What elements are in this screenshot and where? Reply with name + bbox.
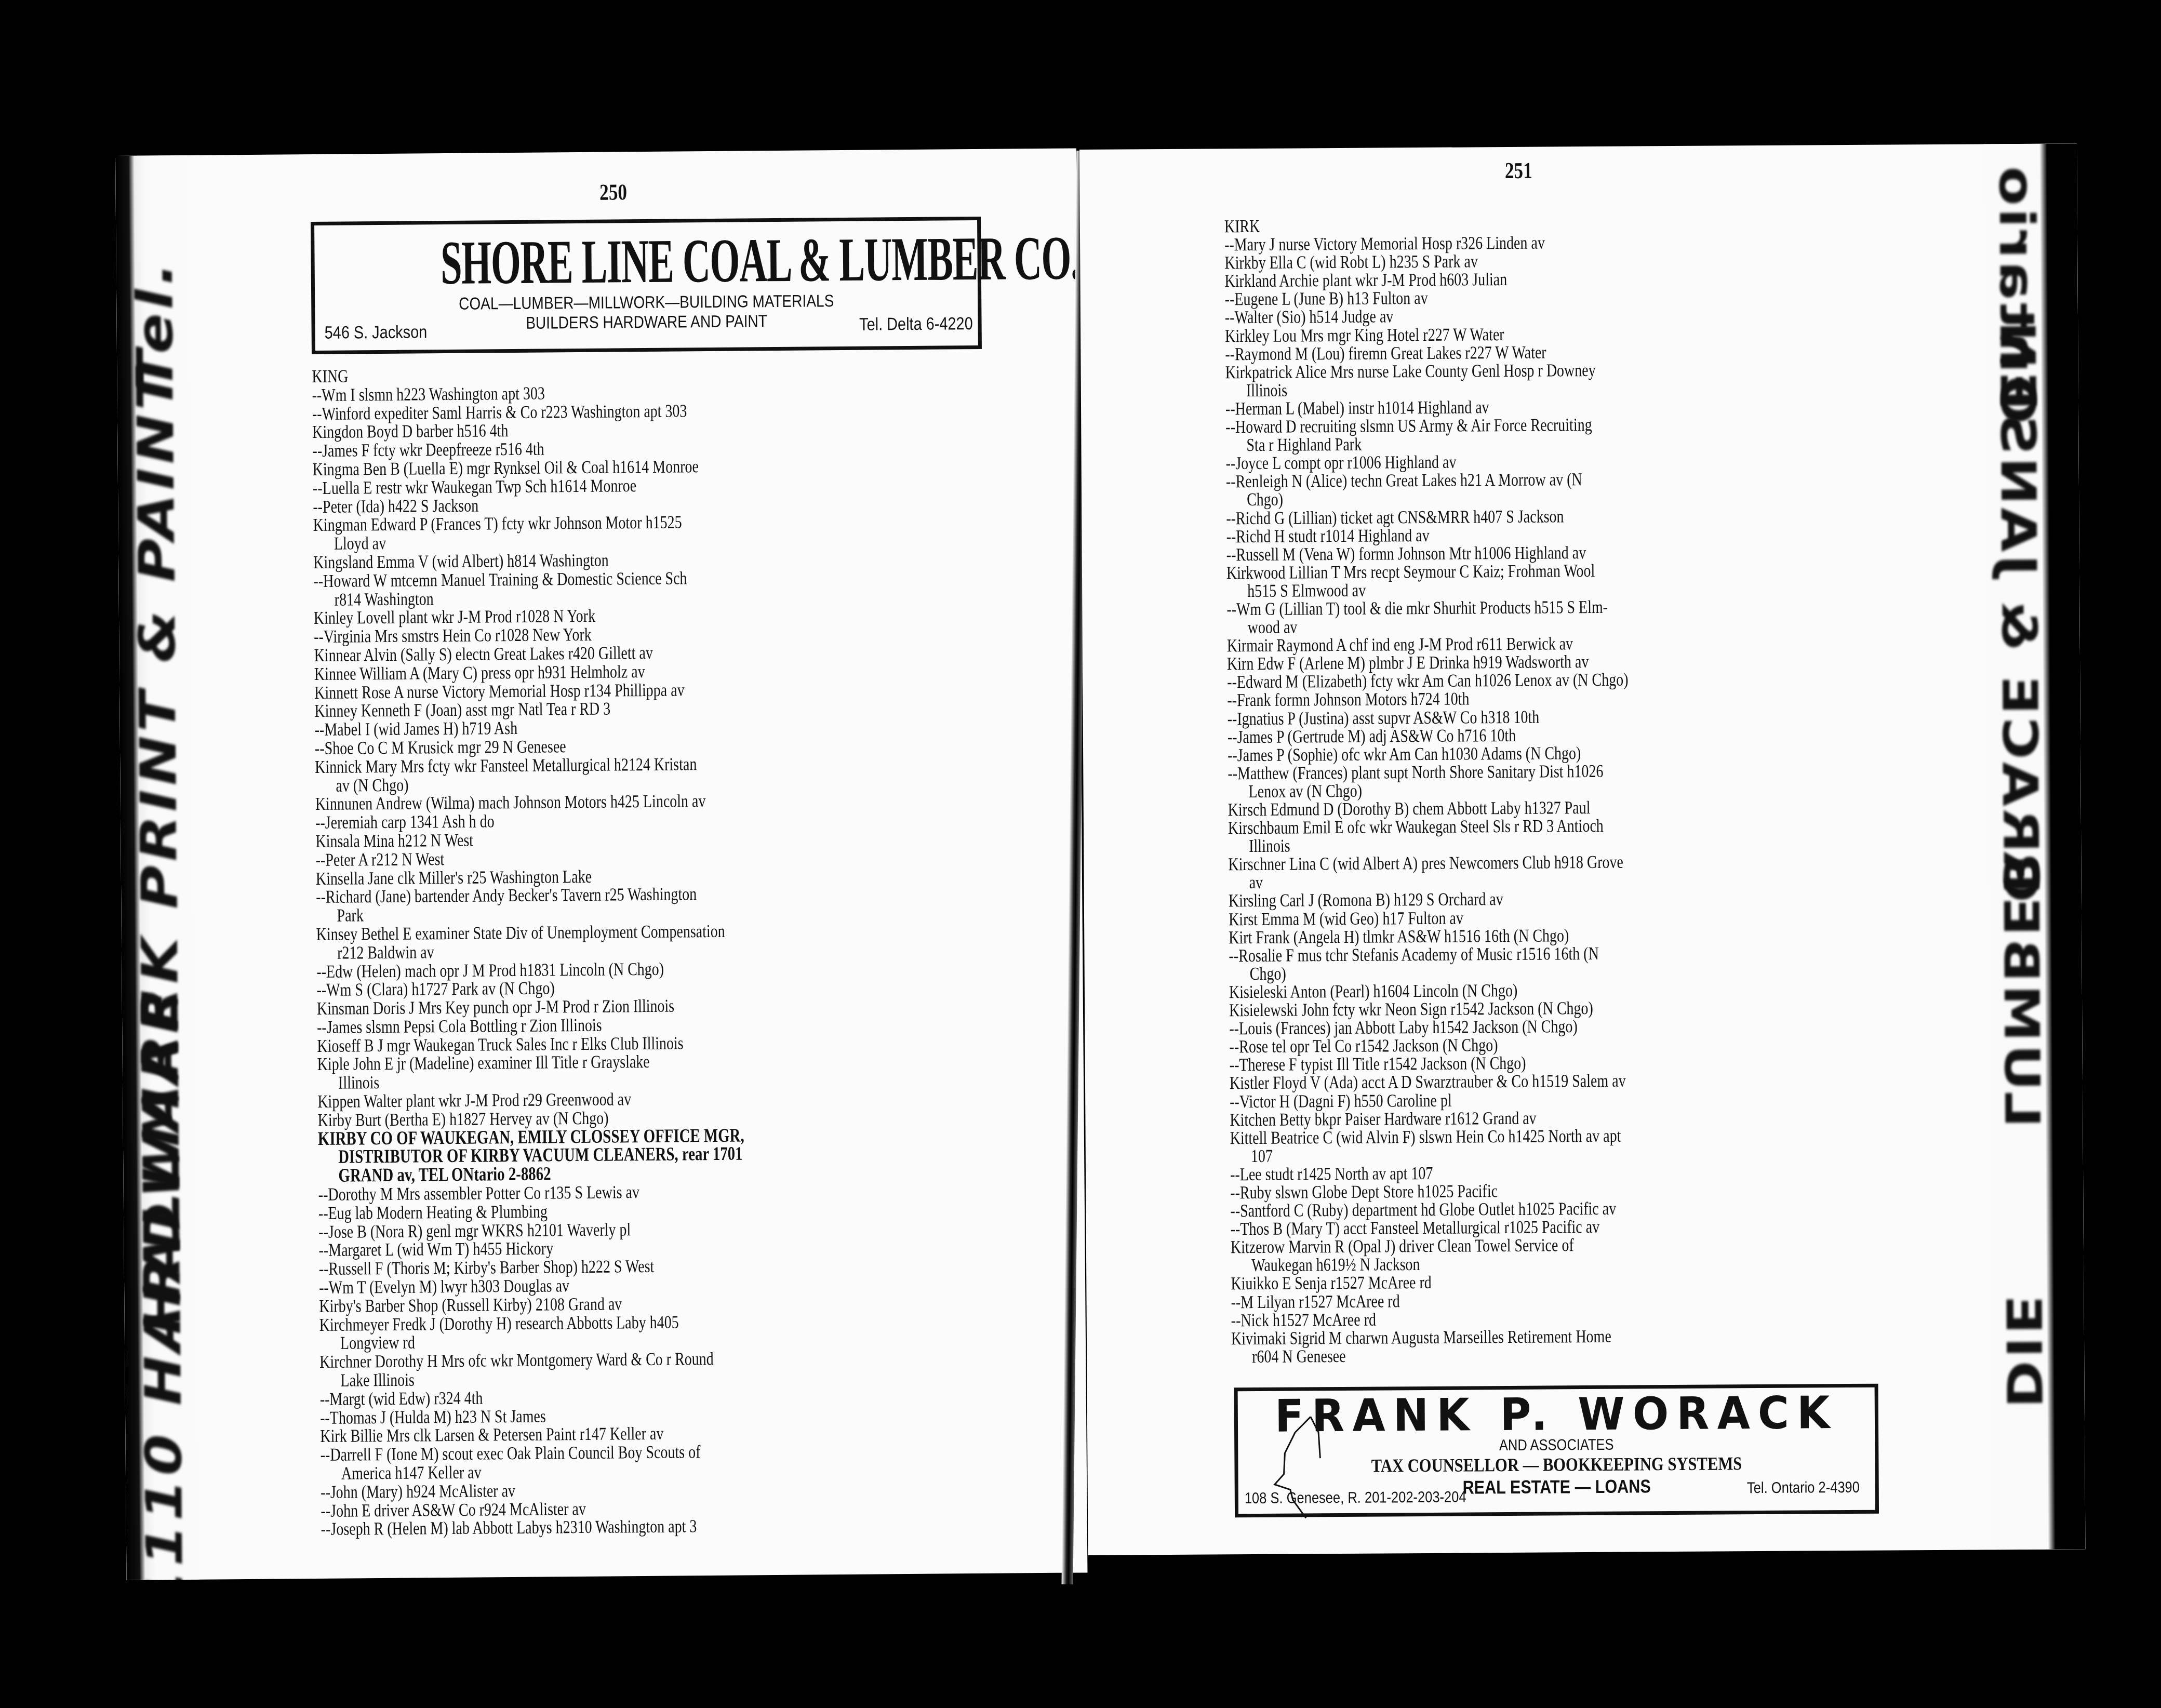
directory-listing: KING--Wm I slsmn h223 Washington apt 303… (312, 362, 1079, 1539)
ad-tagline: BUILDERS HARDWARE AND PAINT (365, 310, 928, 335)
ad-phone: Tel. Ontario 2-4390 (1747, 1479, 1860, 1497)
directory-listing: KIRK--Mary J nurse Victory Memorial Hosp… (1224, 212, 2010, 1366)
page-number: 250 (599, 179, 627, 205)
advertisement-shore-line: SHORE LINE COAL & LUMBER CO. COAL—LUMBER… (311, 217, 982, 354)
page-edge-left: Tel. HALLMARK PRINT & PAINT 1110 HARDWAR… (115, 155, 199, 1580)
ad-company-name: FRANK P. WORACK (1253, 1391, 1859, 1439)
ad-phone: Tel. Delta 6-4220 (859, 314, 973, 335)
advertisement-worack: FRANK P. WORACK AND ASSOCIATES TAX COUNS… (1234, 1384, 1879, 1518)
ad-company-name: SHORE LINE COAL & LUMBER CO. (441, 229, 852, 294)
directory-entry: --Joseph R (Helen M) lab Abbott Labys h2… (321, 1515, 928, 1539)
ad-address: 108 S. Genesee, R. 201-202-203-204 (1245, 1489, 1466, 1508)
right-page: Ontario GRACE & JANSEN LUMBER DIE 251 KI… (1079, 143, 2085, 1555)
ad-address: 546 S. Jackson (325, 322, 428, 343)
ad-services: TAX COUNSELLOR — BOOKKEEPING SYSTEMS (1286, 1452, 1827, 1477)
directory-entry: r604 N Genesee (1231, 1344, 1855, 1366)
margin-edge-text: 1110 HARDWARE (131, 986, 193, 1580)
left-page: Tel. HALLMARK PRINT & PAINT 1110 HARDWAR… (115, 148, 1087, 1580)
page-number: 251 (1505, 157, 1532, 184)
